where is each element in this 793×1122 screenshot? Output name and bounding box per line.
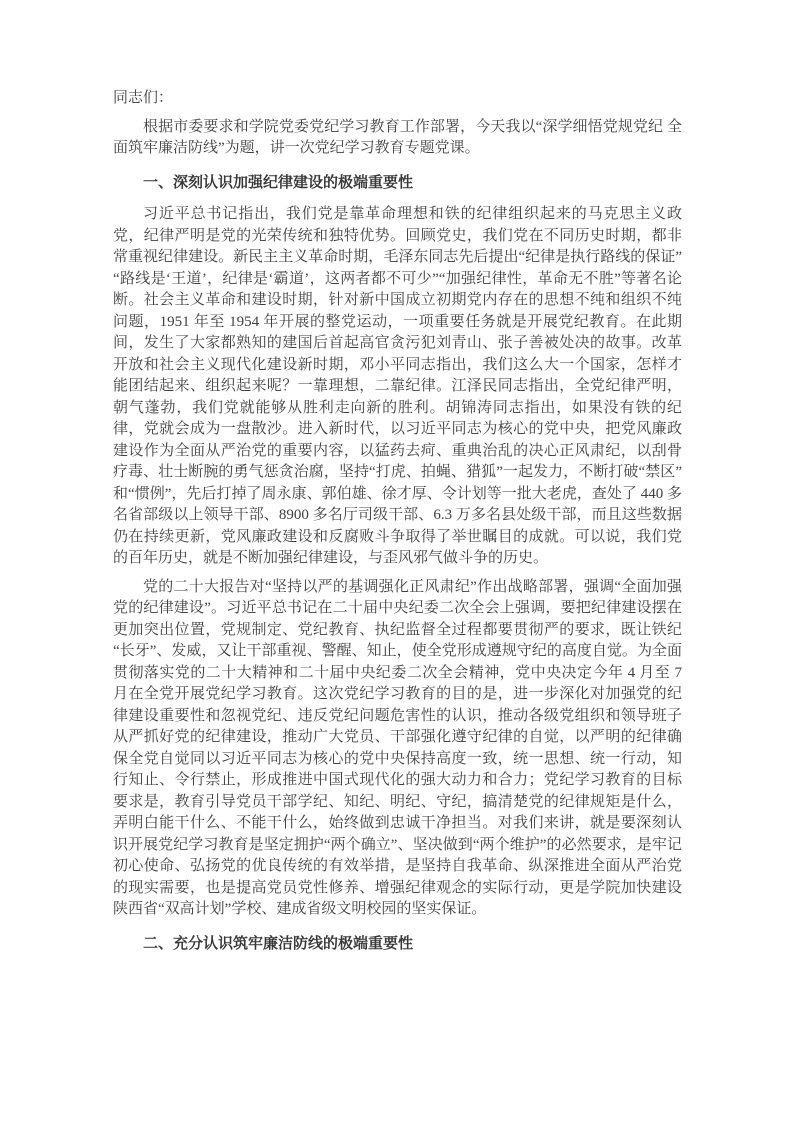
- salutation: 同志们：: [113, 88, 682, 110]
- section-1-paragraph-1: 习近平总书记指出，我们党是靠革命理想和铁的纪律组织起来的马克思主义政党，纪律严明…: [113, 204, 682, 570]
- intro-paragraph: 根据市委要求和学院党委党纪学习教育工作部署，今天我以“深学细悟党规党纪 全面筑牢…: [113, 117, 682, 160]
- section-1-paragraph-2: 党的二十大报告对“坚持以严的基调强化正风肃纪”作出战略部署，强调“全面加强党的纪…: [113, 577, 682, 921]
- document-page: 同志们： 根据市委要求和学院党委党纪学习教育工作部署，今天我以“深学细悟党规党纪…: [0, 0, 793, 1122]
- section-1-heading: 一、深刻认识加强纪律建设的极端重要性: [113, 172, 682, 194]
- section-2-heading: 二、充分认识筑牢廉洁防线的极端重要性: [113, 933, 682, 955]
